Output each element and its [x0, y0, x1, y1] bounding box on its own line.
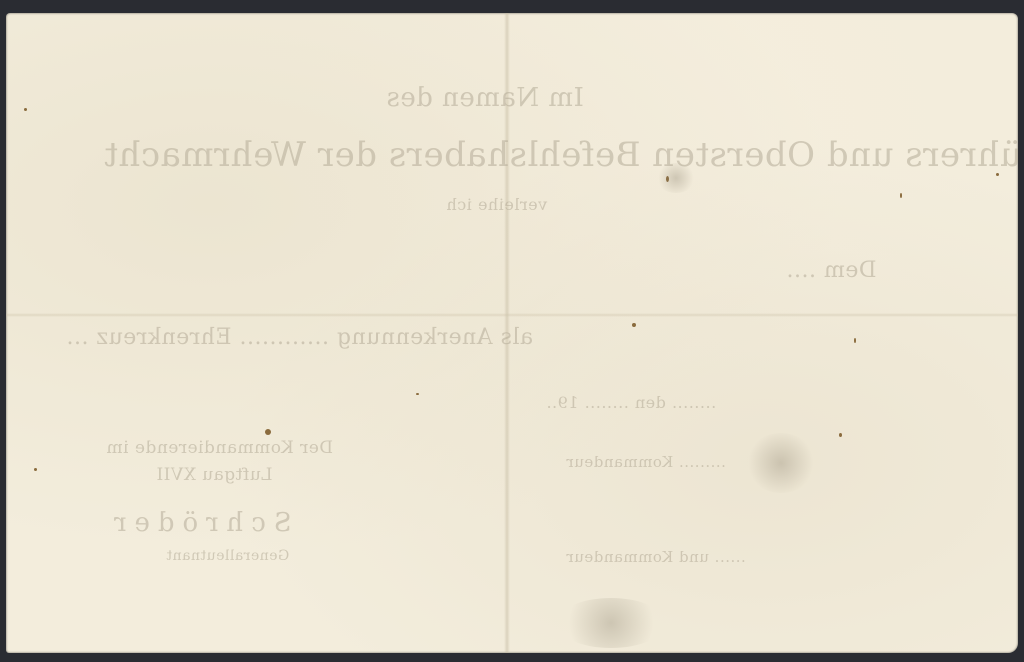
foxing-spot [416, 393, 419, 395]
bleed-heading-line-3: verleihe ich [446, 195, 547, 214]
bleed-commander-line: ......... Kommandeur [566, 453, 726, 471]
scanned-document: Im Namen des Führers und Obersten Befehl… [0, 0, 1024, 662]
bleed-right-signature-line: ...... und Kommandeur [566, 548, 746, 566]
foxing-spot [900, 193, 902, 198]
foxing-spot [996, 173, 999, 176]
bleed-award-line: als Anerkennung ............ Ehrenkreuz … [66, 325, 533, 350]
foxing-spot [839, 433, 842, 437]
foxing-spot [632, 323, 636, 327]
bleed-heading-line-2: Führers und Obersten Befehlshabers der W… [104, 135, 1018, 175]
bleed-date-line: ........ den ........ 19.. [546, 393, 716, 412]
bleed-heading-line-1: Im Namen des [386, 83, 584, 113]
paper-sheet: Im Namen des Führers und Obersten Befehl… [6, 13, 1018, 653]
foxing-spot [854, 338, 856, 343]
smudge-stain [746, 433, 816, 493]
horizontal-fold-crease [6, 313, 1018, 317]
bleed-signatory-rank: Generalleutnant [166, 548, 289, 564]
bleed-signatory-title-1: Der Kommandierende im [106, 438, 333, 458]
foxing-spot [24, 108, 27, 111]
smudge-stain [556, 598, 666, 648]
bleed-recipient-label: Dem .... [786, 258, 877, 283]
foxing-spot [34, 468, 37, 471]
bleed-signatory-name: Schröder [106, 508, 292, 538]
bleed-signatory-title-2: Luftgau XVII [156, 465, 273, 485]
smudge-stain [656, 163, 696, 193]
foxing-spot [265, 429, 271, 435]
